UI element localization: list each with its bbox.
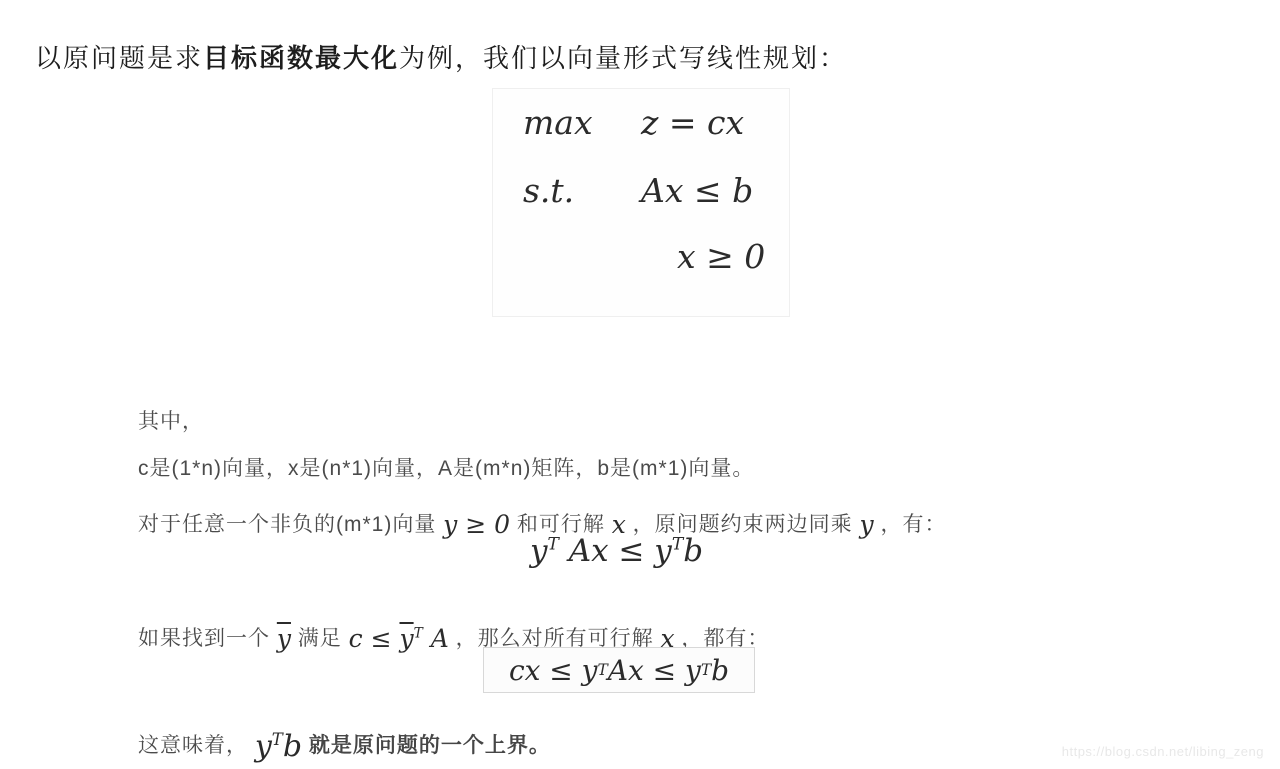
- superscript-T: T: [548, 535, 559, 555]
- formula-part: c ≤: [349, 624, 400, 653]
- formula-ytax-le-ytb: yT Ax ≤ yTb: [530, 533, 703, 569]
- inline-math-y-ge-0: y ≥ 0: [443, 510, 510, 539]
- inline-math-c-le-ybarTA: c ≤ yT A: [349, 624, 449, 653]
- p6-text-1: 这意味着，: [138, 734, 255, 757]
- p5-text-2: 满足: [291, 627, 349, 650]
- conclusion-bold-text: 就是原问题的一个上界。: [302, 734, 551, 757]
- superscript-T: T: [598, 661, 608, 679]
- superscript-T: T: [272, 730, 283, 749]
- p4-text-1: 对于任意一个非负的(m*1)向量: [138, 513, 443, 536]
- formula-part: b: [711, 654, 729, 687]
- formula-part: y: [530, 533, 548, 569]
- formula-part: b: [683, 533, 703, 569]
- dimensions-paragraph: c是(1*n)向量，x是(n*1)向量，A是(m*n)矩阵，b是(m*1)向量。: [138, 452, 754, 482]
- inline-math-y: y: [860, 510, 874, 539]
- superscript-T: T: [414, 626, 423, 642]
- intro-text-bold: 目标函数最大化: [203, 43, 399, 73]
- ybar-symbol: y: [399, 624, 413, 653]
- superscript-T: T: [672, 535, 683, 555]
- lp-objective-expr: z = cx: [641, 103, 744, 142]
- where-paragraph: 其中，: [138, 405, 204, 435]
- lp-formula-image: max z = cx s.t. Ax ≤ b x ≥ 0: [492, 88, 790, 317]
- formula-part: y: [255, 729, 272, 764]
- intro-text-pre: 以原问题是求: [35, 43, 203, 73]
- lp-max-label: max: [523, 103, 593, 142]
- inline-math-ytb: yTb: [255, 729, 302, 764]
- lp-nonneg-expr: x ≥ 0: [677, 237, 765, 276]
- formula-part: cx ≤ y: [509, 654, 598, 687]
- intro-paragraph: 以原问题是求目标函数最大化为例，我们以向量形式写线性规划：: [35, 38, 847, 75]
- p5-text-1: 如果找到一个: [138, 627, 277, 650]
- lp-constraint-expr: Ax ≤ b: [641, 171, 753, 210]
- csdn-watermark: https://blog.csdn.net/libing_zeng: [1062, 744, 1264, 759]
- ybar-symbol: y: [277, 624, 291, 653]
- intro-text-post: 为例，我们以向量形式写线性规划：: [399, 43, 847, 73]
- superscript-T: T: [701, 661, 711, 679]
- boxed-formula-cx-le-ytax-le-ytb: cx ≤ yT Ax ≤ yTb: [483, 647, 755, 693]
- inline-math-ybar: y: [277, 624, 291, 653]
- conclusion-paragraph: 这意味着， yTb 就是原问题的一个上界。: [138, 729, 551, 764]
- formula-part: Ax ≤ y: [559, 533, 672, 569]
- p4-text-4: ，有：: [874, 513, 947, 536]
- lp-st-label: s.t.: [523, 171, 574, 210]
- formula-part: A: [423, 624, 449, 653]
- formula-part: Ax ≤ y: [608, 654, 701, 687]
- formula-part: b: [283, 729, 302, 764]
